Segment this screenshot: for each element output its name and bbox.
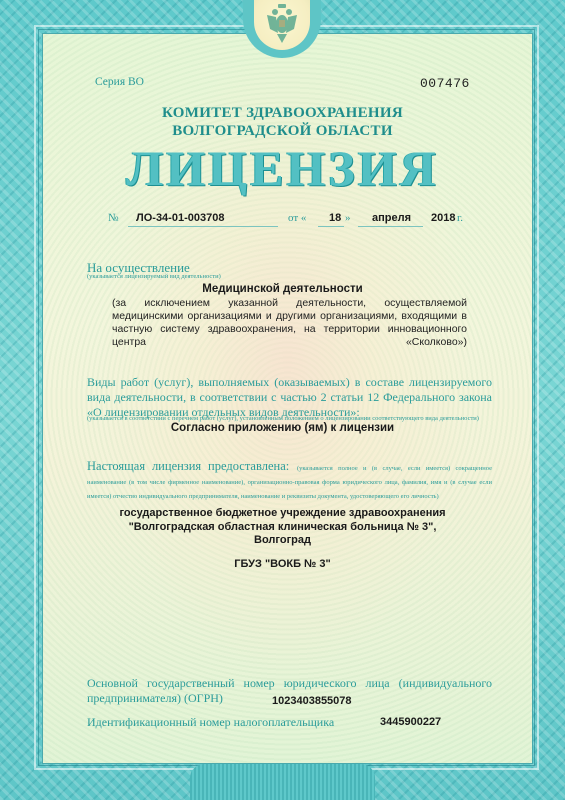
activity-value: Медицинской деятельности <box>100 283 465 295</box>
form-number: 007476 <box>420 76 470 91</box>
works-value: Согласно приложению (ям) к лицензии <box>100 422 465 434</box>
license-day: 18 <box>329 212 341 224</box>
document-title: ЛИЦЕНЗИЯ <box>100 140 465 196</box>
works-label: Виды работ (услуг), выполняемых (оказыва… <box>87 375 492 420</box>
issuing-authority: КОМИТЕТ ЗДРАВООХРАНЕНИЯ ВОЛГОГРАДСКОЙ ОБ… <box>100 104 465 140</box>
authority-line-2: ВОЛГОГРАДСКОЙ ОБЛАСТИ <box>100 122 465 140</box>
license-number: ЛО-34-01-003708 <box>136 212 224 224</box>
licensee-label: Настоящая лицензия предоставлена: <box>87 459 289 473</box>
day-close-quote: » <box>345 212 351 224</box>
inn-label: Идентификационный номер налогоплательщик… <box>87 715 334 730</box>
license-month: апреля <box>372 212 411 224</box>
inn-value: 3445900227 <box>380 716 441 728</box>
date-from-label: от « <box>288 212 306 224</box>
authority-line-1: КОМИТЕТ ЗДРАВООХРАНЕНИЯ <box>100 104 465 122</box>
number-label: № <box>108 212 119 224</box>
number-underline <box>128 226 278 227</box>
month-underline <box>358 226 423 227</box>
licensee-block: Настоящая лицензия предоставлена: (указы… <box>87 460 492 502</box>
activity-hint: (указывается лицензируемый вид деятельно… <box>87 273 221 281</box>
organization-name: государственное бюджетное учреждение здр… <box>100 507 465 548</box>
ogrn-value: 1023403855078 <box>272 695 352 707</box>
license-document: Серия ВО 007476 КОМИТЕТ ЗДРАВООХРАНЕНИЯ … <box>0 0 565 800</box>
org-line-1: государственное бюджетное учреждение здр… <box>100 507 465 521</box>
coat-of-arms-icon <box>264 3 300 45</box>
activity-note: (за исключением указанной деятельности, … <box>112 297 467 349</box>
organization-short-name: ГБУЗ "ВОКБ № 3" <box>100 558 465 570</box>
org-line-3: Волгоград <box>100 534 465 548</box>
series-label: Серия ВО <box>95 76 144 88</box>
org-line-2: "Волгоградская областная клиническая бол… <box>100 521 465 535</box>
license-year: 2018 <box>431 212 455 224</box>
day-underline <box>318 226 344 227</box>
bottom-ornament-plate <box>190 764 375 800</box>
year-suffix: г. <box>457 212 463 224</box>
